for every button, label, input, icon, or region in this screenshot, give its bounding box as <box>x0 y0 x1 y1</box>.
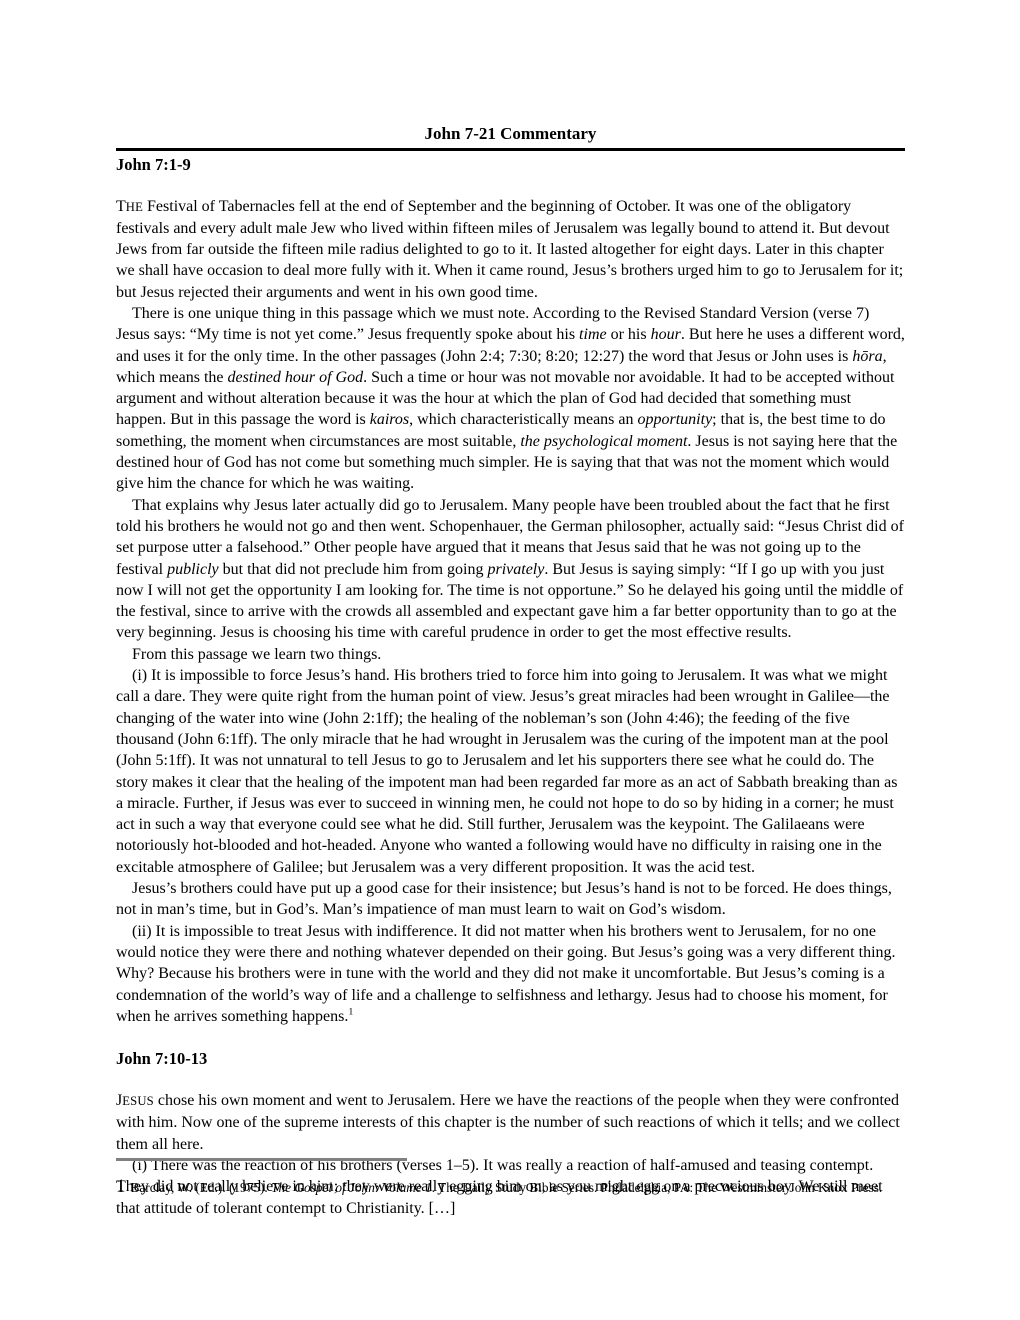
document-section: John 7:1-9THE Festival of Tabernacles fe… <box>116 156 905 1028</box>
text-run: or his <box>607 326 651 343</box>
footnote-text: Barclay, W. (Ed.). (1975). The Gospel of… <box>131 1180 883 1195</box>
footnote-reference: 1 <box>348 1006 353 1017</box>
text-run: From this passage we learn two things. <box>132 646 381 663</box>
footnote-number: 1 <box>116 1176 126 1197</box>
paragraph: JESUS chose his own moment and went to J… <box>116 1090 905 1155</box>
text-run: privately <box>487 561 544 578</box>
text-run: Barclay, W. (Ed.). (1975). <box>131 1180 272 1195</box>
paragraph: (ii) It is impossible to treat Jesus wit… <box>116 921 905 1027</box>
text-run: chose his own moment and went to Jerusal… <box>116 1092 900 1153</box>
paragraph: That explains why Jesus later actually d… <box>116 495 905 644</box>
text-run: the psychological moment <box>520 433 687 450</box>
footnote-area: 1Barclay, W. (Ed.). (1975). The Gospel o… <box>116 1158 905 1196</box>
text-run: opportunity <box>638 411 713 428</box>
footnote: 1Barclay, W. (Ed.). (1975). The Gospel o… <box>116 1178 905 1196</box>
text-run: HE <box>126 200 143 214</box>
paragraph: There is one unique thing in this passag… <box>116 303 905 495</box>
paragraph: (i) It is impossible to force Jesus’s ha… <box>116 665 905 878</box>
document-title: John 7-21 Commentary <box>116 124 905 151</box>
text-run: Festival of Tabernacles fell at the end … <box>116 198 903 301</box>
footnote-separator-rule <box>116 1158 407 1161</box>
document-body: John 7:1-9THE Festival of Tabernacles fe… <box>116 156 905 1219</box>
text-run: hōra <box>852 348 882 365</box>
text-run: Jesus’s brothers could have put up a goo… <box>116 880 892 918</box>
section-heading: John 7:10-13 <box>116 1050 905 1069</box>
paragraph: THE Festival of Tabernacles fell at the … <box>116 196 905 303</box>
document-page: John 7-21 Commentary John 7:1-9THE Festi… <box>0 0 1020 1320</box>
text-run: but that did not preclude him from going <box>219 561 488 578</box>
text-run: (i) It is impossible to force Jesus’s ha… <box>116 667 897 876</box>
section-heading: John 7:1-9 <box>116 156 905 175</box>
paragraph: From this passage we learn two things. <box>116 644 905 665</box>
document-content: John 7-21 Commentary John 7:1-9THE Festi… <box>116 124 905 1219</box>
text-run: T <box>116 198 126 215</box>
text-run: kairos <box>370 411 409 428</box>
text-run: hour <box>651 326 681 343</box>
paragraph: Jesus’s brothers could have put up a goo… <box>116 878 905 921</box>
text-run: , which characteristically means an <box>409 411 637 428</box>
text-run: . The Daily Study Bible Series. Philadel… <box>432 1180 883 1195</box>
text-run: ESUS <box>122 1094 154 1108</box>
text-run: publicly <box>167 561 219 578</box>
text-run: destined hour of God <box>228 369 364 386</box>
text-run: time <box>579 326 607 343</box>
text-run: (ii) It is impossible to treat Jesus wit… <box>116 923 896 1025</box>
text-run: The Gospel of John: Volume 1 <box>271 1180 432 1195</box>
